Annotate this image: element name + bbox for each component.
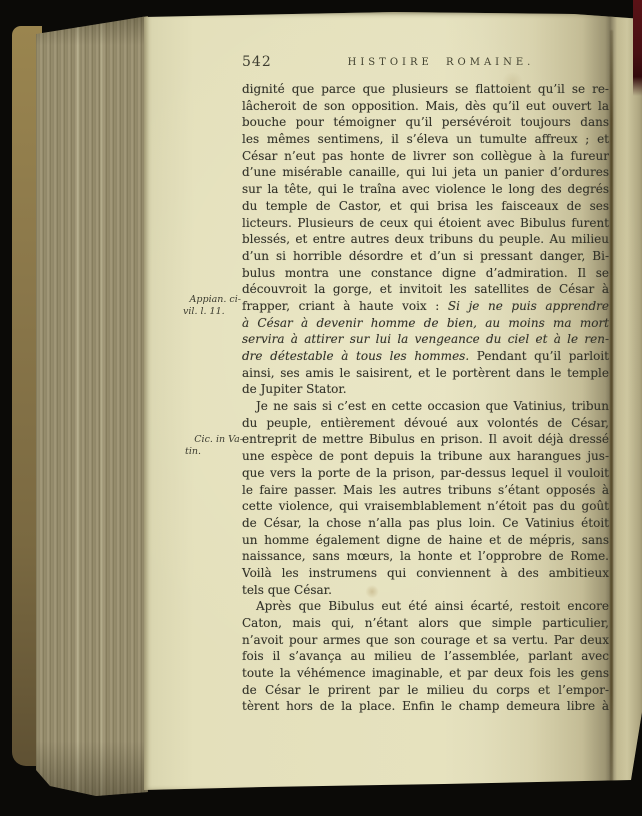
text-line: découvroit la gorge, et invitoit les sat… — [242, 281, 609, 298]
text-segment: n’avoit pour armes que son courage et sa… — [242, 633, 609, 647]
text-line: de Jupiter Stator. — [242, 381, 609, 398]
text-segment: Après que Bibulus eut été ainsi écarté, … — [256, 599, 609, 613]
text-line: les mêmes sentimens, il s’éleva un tumul… — [242, 131, 609, 148]
text-segment: Pendant qu’il parloit — [469, 349, 609, 363]
text-line: n’avoit pour armes que son courage et sa… — [242, 632, 609, 649]
text-line: à César à devenir homme de bien, au moin… — [242, 315, 609, 332]
text-line: du temple de Castor, et qui brisa les fa… — [242, 198, 609, 215]
text-line: bulus montra une constance digne d’admir… — [242, 265, 609, 282]
text-line: Caton, mais qui, n’étant alors que simpl… — [242, 615, 609, 632]
text-segment: fois il s’avança au milieu de l’assemblé… — [242, 649, 609, 663]
text-line: de César, la chose n’alla pas plus loin.… — [242, 515, 609, 532]
text-segment: le faire passer. Mais les autres tribuns… — [242, 483, 609, 497]
body-text: dignité que parce que plusieurs se flatt… — [242, 81, 609, 715]
italic-text-segment: Si je ne puis apprendre — [448, 299, 609, 313]
text-line: entreprit de mettre Bibulus en prison. I… — [242, 431, 609, 448]
text-line: cette violence, qui vraisemblablement n’… — [242, 498, 609, 515]
text-line: César n’eut pas honte de livrer son coll… — [242, 148, 609, 165]
text-segment: de Jupiter Stator. — [242, 382, 347, 396]
margin-note-line: Cic. in Va- — [185, 434, 243, 446]
text-line: licteurs. Plusieurs de ceux qui étoient … — [242, 215, 609, 232]
page-number: 542 — [242, 54, 272, 70]
text-segment: bouche pour témoigner qu’il persévéroit … — [242, 115, 609, 129]
italic-text-segment: servira à attirer sur lui la vengeance d… — [242, 332, 609, 346]
text-segment: licteurs. Plusieurs de ceux qui étoient … — [242, 216, 609, 230]
text-segment: cette violence, qui vraisemblablement n’… — [242, 499, 609, 513]
text-segment: frapper, criant à haute voix : — [242, 299, 448, 313]
text-segment: tèrent hors de la place. Enfin le champ … — [242, 699, 609, 713]
text-line: Je ne sais si c’est en cette occasion qu… — [242, 398, 609, 415]
text-segment: tels que César. — [242, 583, 332, 597]
text-line: tels que César. — [242, 582, 609, 599]
text-segment: lâcheroit de son opposition. Mais, dès q… — [242, 99, 609, 113]
text-segment: toute la véhémence imaginable, et par de… — [242, 666, 609, 680]
margin-note-line: Appian. ci- — [183, 294, 241, 306]
text-segment: dignité que parce que plusieurs se flatt… — [242, 82, 609, 96]
text-line: tèrent hors de la place. Enfin le champ … — [242, 698, 609, 715]
page-header: 542 HISTOIRE ROMAINE. — [242, 54, 610, 72]
text-segment: Caton, mais qui, n’étant alors que simpl… — [242, 616, 609, 630]
text-segment: d’une misérable canaille, qui lui jeta u… — [242, 165, 609, 179]
text-segment: un homme également digne de haine et de … — [242, 533, 609, 547]
text-segment: ainsi, ses amis le saisirent, et le port… — [242, 366, 609, 380]
text-line: ainsi, ses amis le saisirent, et le port… — [242, 365, 609, 382]
page-fore-edge — [36, 14, 148, 796]
text-line: fois il s’avança au milieu de l’assemblé… — [242, 648, 609, 665]
margin-note-appian: Appian. ci- vil. l. 11. — [183, 294, 241, 317]
text-line: du peuple, entièrement dévoué aux volont… — [242, 415, 609, 432]
text-segment: bulus montra une constance digne d’admir… — [242, 266, 609, 280]
text-segment: découvroit la gorge, et invitoit les sat… — [242, 282, 609, 296]
text-segment: du peuple, entièrement dévoué aux volont… — [242, 416, 609, 430]
text-line: frapper, criant à haute voix : Si je ne … — [242, 298, 609, 315]
text-line: servira à attirer sur lui la vengeance d… — [242, 331, 609, 348]
text-line: bouche pour témoigner qu’il persévéroit … — [242, 114, 609, 131]
text-segment: du temple de Castor, et qui brisa les fa… — [242, 199, 609, 213]
text-segment: que vers la porte de la prison, par-dess… — [242, 466, 609, 480]
text-segment: blessés, et entre autres deux tribuns du… — [242, 232, 609, 246]
text-line: d’une misérable canaille, qui lui jeta u… — [242, 164, 609, 181]
margin-note-line: vil. l. 11. — [183, 306, 241, 318]
text-line: de César le prirent par le milieu du cor… — [242, 682, 609, 699]
text-segment: naissance, sans mœurs, la honte et l’opp… — [242, 549, 609, 563]
text-line: une espèce de pont depuis la tribune aux… — [242, 448, 609, 465]
italic-text-segment: à César à devenir homme de bien, au moin… — [242, 316, 609, 330]
text-segment: Je ne sais si c’est en cette occasion qu… — [256, 399, 609, 413]
text-line: Après que Bibulus eut été ainsi écarté, … — [242, 598, 609, 615]
text-segment: de César le prirent par le milieu du cor… — [242, 683, 609, 697]
text-line: blessés, et entre autres deux tribuns du… — [242, 231, 609, 248]
text-line: sur la tête, qui le traîna avec violence… — [242, 181, 609, 198]
text-segment: sur la tête, qui le traîna avec violence… — [242, 182, 609, 196]
text-segment: entreprit de mettre Bibulus en prison. I… — [242, 432, 609, 446]
bookmark-ribbon — [633, 0, 642, 96]
text-line: dignité que parce que plusieurs se flatt… — [242, 81, 609, 98]
book-photo-stage: 542 HISTOIRE ROMAINE. Appian. ci- vil. l… — [0, 0, 642, 816]
margin-note-line: tin. — [185, 446, 243, 458]
text-segment: d’un si horrible désordre et d’un si pre… — [242, 249, 609, 263]
italic-text-segment: dre détestable à tous les hommes. — [242, 349, 469, 363]
text-segment: de César, la chose n’alla pas plus loin.… — [242, 516, 609, 530]
text-line: que vers la porte de la prison, par-dess… — [242, 465, 609, 482]
text-segment: Voilà les instrumens qui conviennent à d… — [242, 566, 609, 580]
text-segment: les mêmes sentimens, il s’éleva un tumul… — [242, 132, 609, 146]
gutter-crease — [610, 30, 613, 784]
text-line: dre détestable à tous les hommes. Pendan… — [242, 348, 609, 365]
running-title: HISTOIRE ROMAINE. — [282, 57, 600, 68]
text-line: le faire passer. Mais les autres tribuns… — [242, 482, 609, 499]
text-segment: César n’eut pas honte de livrer son coll… — [242, 149, 609, 163]
text-line: toute la véhémence imaginable, et par de… — [242, 665, 609, 682]
text-line: naissance, sans mœurs, la honte et l’opp… — [242, 548, 609, 565]
text-segment: une espèce de pont depuis la tribune aux… — [242, 449, 609, 463]
text-line: Voilà les instrumens qui conviennent à d… — [242, 565, 609, 582]
text-line: d’un si horrible désordre et d’un si pre… — [242, 248, 609, 265]
margin-note-cicero: Cic. in Va- tin. — [185, 434, 243, 457]
text-line: un homme également digne de haine et de … — [242, 532, 609, 549]
text-line: lâcheroit de son opposition. Mais, dès q… — [242, 98, 609, 115]
